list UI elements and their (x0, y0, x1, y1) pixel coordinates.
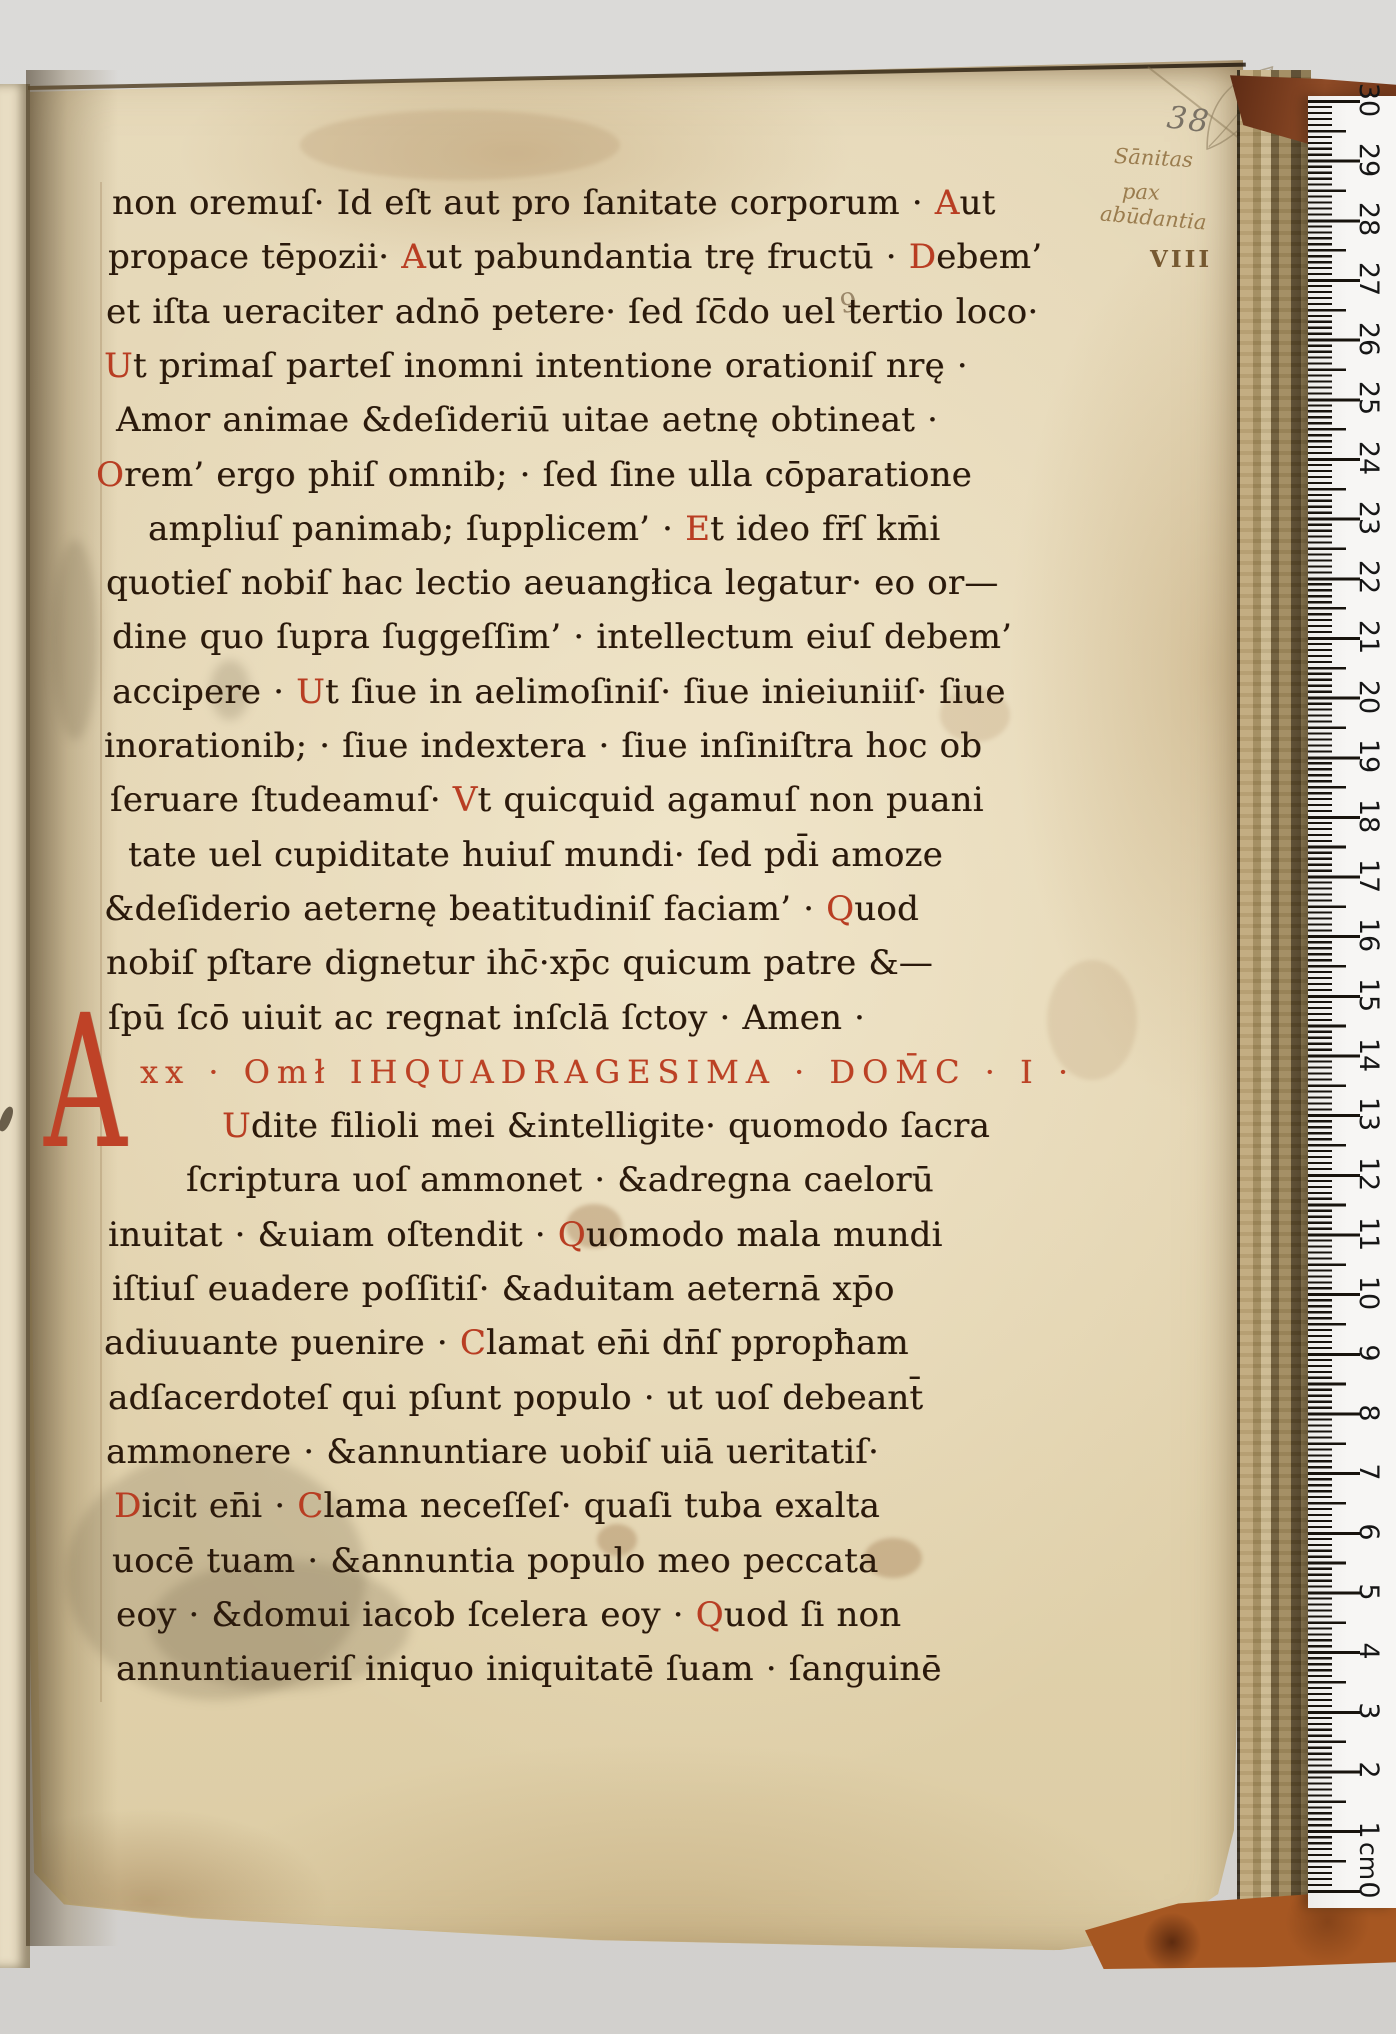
manuscript-line: accipere · Ut ſiue in aelimoſiniſ· ſiue … (112, 665, 1006, 719)
text-segment: adiuuante puenire · (104, 1323, 460, 1363)
ruler-number: 9 (1354, 1336, 1384, 1370)
ruler-number: 12 (1354, 1157, 1384, 1191)
folio-number: 38 (1165, 99, 1213, 140)
text-segment: uomodo mala mundi (586, 1215, 943, 1255)
ruler-number: 11 (1354, 1217, 1384, 1251)
ruler-number: 4 (1354, 1634, 1384, 1668)
ruler-number: 23 (1354, 501, 1384, 535)
text-segment: D (114, 1486, 141, 1526)
text-segment: Amor animae &deſideriū uitae aetnę obtin… (116, 400, 938, 440)
text-segment: ſeruare ſtudeamuſ· (110, 780, 453, 820)
text-segment: ut pabundantia trę fructū · (426, 237, 909, 277)
text-segment: uocē tuam · &annuntia populo meo peccata (112, 1541, 878, 1581)
text-segment: A (401, 237, 426, 277)
manuscript-line: inorationib; · ſiue indextera · ſiue inſ… (104, 719, 982, 773)
ruler-number: 20 (1354, 680, 1384, 714)
text-segment: adſacerdoteſ qui pſunt populo · ut uoſ d… (108, 1378, 923, 1418)
ruler-number: 10 (1354, 1276, 1384, 1310)
manuscript-line: ſcriptura uoſ ammonet · &adregna caelorū (186, 1153, 934, 1207)
text-segment: t ſiue in aelimoſiniſ· ſiue inieiuniiſ· … (325, 672, 1006, 712)
manuscript-line: ſeruare ſtudeamuſ· Vt quicquid agamuſ no… (110, 773, 984, 827)
manuscript-line: ſpū ſcō uiuit ac regnat inſclā ſctoy · A… (108, 991, 865, 1045)
manuscript-line: inuitat · &uiam oſtendit · Quomodo mala … (108, 1208, 943, 1262)
ruler-number: 14 (1354, 1038, 1384, 1072)
measuring-ruler: cm 3029282726252423222120191817161514131… (1308, 96, 1396, 1908)
text-segment: annuntiaueriſ iniquo iniquitatē ſuam · ſ… (116, 1649, 942, 1689)
manuscript-line: Udite filioli mei &intelligite· quomodo … (222, 1099, 990, 1153)
ruler-number: 28 (1354, 202, 1384, 236)
text-segment: O (96, 455, 124, 495)
photo-of-manuscript: 9 A non oremuſ· Id eſt aut pro ſanitate … (0, 0, 1396, 2034)
text-segment: inuitat · &uiam oſtendit · (108, 1215, 558, 1255)
manuscript-line: uocē tuam · &annuntia populo meo peccata (112, 1534, 878, 1588)
text-segment: dine quo ſupra ſuggeſſim’ · intellectum … (112, 617, 1012, 657)
text-segment: Q (826, 889, 854, 929)
manuscript-line: Dicit en̄i · Clama neceſſeſ· quaſi tuba … (114, 1479, 880, 1533)
text-segment: ebem’ (936, 237, 1042, 277)
manuscript-line: Amor animae &deſideriū uitae aetnę obtin… (116, 393, 938, 447)
ruler-number: 25 (1354, 381, 1384, 415)
ruler-number: 15 (1354, 978, 1384, 1012)
text-segment: A (935, 183, 960, 223)
manuscript-line: propace tēpozii· Aut pabundantia trę fru… (108, 230, 1042, 284)
ruler-number: 19 (1354, 739, 1384, 773)
ruler-number: 24 (1354, 441, 1384, 475)
ruler-ticks-cm (1308, 100, 1360, 1894)
text-segment: ampliuſ panimab; ſupplicem’ · (148, 509, 685, 549)
text-segment: eoy · &domui iacob ſcelera eoy · (116, 1595, 696, 1635)
text-segment: C (460, 1323, 486, 1363)
text-segment: t quicquid agamuſ non puani (478, 780, 984, 820)
text-segment: non oremuſ· Id eſt aut pro ſanitate corp… (112, 183, 935, 223)
manuscript-line: ammonere · &annuntiare uobiſ uiā ueritat… (106, 1425, 879, 1479)
text-segment: inorationib; · ſiue indextera · ſiue inſ… (104, 726, 982, 766)
manuscript-line: Orem’ ergo phiſ omnib; · ſed ſine ulla c… (96, 448, 972, 502)
marginal-note: VIII (1150, 246, 1212, 273)
ruler-number: 7 (1354, 1455, 1384, 1489)
text-segment: dite filioli mei &intelligite· quomodo ſ… (251, 1106, 990, 1146)
ruler-number: 2 (1354, 1753, 1384, 1787)
text-segment: Q (558, 1215, 586, 1255)
text-segment: iſtiuſ euadere poſſitiſ· &aduitam aetern… (112, 1269, 895, 1309)
text-segment: ammonere · &annuntiare uobiſ uiā ueritat… (106, 1432, 879, 1472)
ruler-number: 5 (1354, 1575, 1384, 1609)
manuscript-line: annuntiaueriſ iniquo iniquitatē ſuam · ſ… (116, 1642, 942, 1696)
text-segment: t ideo fr̄ſ km̄i (710, 509, 940, 549)
manuscript-line: adiuuante puenire · Clamat en̄i dn̄ſ ppr… (104, 1316, 909, 1370)
text-segment: propace tēpozii· (108, 237, 401, 277)
text-segment: t primaſ parteſ inomni intentione oratio… (133, 346, 968, 386)
manuscript-line: dine quo ſupra ſuggeſſim’ · intellectum … (112, 610, 1012, 664)
ruler-number: 6 (1354, 1515, 1384, 1549)
manuscript-line: &deſiderio aeternę beatitudiniſ faciam’ … (104, 882, 919, 936)
text-segment: ut (960, 183, 996, 223)
text-segment: lama neceſſeſ· quaſi tuba exalta (323, 1486, 880, 1526)
text-segment: ſpū ſcō uiuit ac regnat inſclā ſctoy · A… (108, 998, 865, 1038)
text-segment: U (296, 672, 325, 712)
ruler-number: 30 (1354, 83, 1384, 117)
ruler-number: 26 (1354, 322, 1384, 356)
ruler-number: 17 (1354, 859, 1384, 893)
ruler-number: 22 (1354, 560, 1384, 594)
manuscript-line: nobiſ pſtare dignetur ihc̄·xp̄c quicum p… (106, 936, 933, 990)
text-segment: accipere · (112, 672, 296, 712)
text-segment: V (453, 780, 478, 820)
rubric-line: xx · Omł IHQUADRAGESIMA · DOM̄C · I · (140, 1045, 1075, 1099)
ruler-number: 21 (1354, 620, 1384, 654)
text-block: A non oremuſ· Id eſt aut pro ſanitate co… (0, 0, 1396, 2034)
text-segment: et iſta ueraciter adnō petere· ſed ſc̄do… (106, 292, 1038, 332)
text-segment: C (297, 1486, 323, 1526)
text-segment: U (104, 346, 133, 386)
manuscript-line: ampliuſ panimab; ſupplicem’ · Et ideo fr… (148, 502, 940, 556)
text-segment: uod (854, 889, 919, 929)
text-segment: xx · Omł IHQUADRAGESIMA · DOM̄C · I · (140, 1053, 1075, 1091)
text-segment: D (909, 237, 936, 277)
marginal-note: Sānitas (1113, 144, 1193, 172)
ruler-number: 1 (1354, 1813, 1384, 1847)
text-segment: Q (696, 1595, 724, 1635)
ruler-number: 18 (1354, 799, 1384, 833)
text-segment: uod ſi non (724, 1595, 901, 1635)
ruler-number: 16 (1354, 918, 1384, 952)
ruler-number: 3 (1354, 1694, 1384, 1728)
ruler-number: 13 (1354, 1097, 1384, 1131)
text-segment: U (222, 1106, 251, 1146)
text-segment: ſcriptura uoſ ammonet · &adregna caelorū (186, 1160, 934, 1200)
ruler-number: 8 (1354, 1396, 1384, 1430)
ruler-number: 0 (1354, 1873, 1384, 1907)
ruler-number: 27 (1354, 262, 1384, 296)
text-segment: nobiſ pſtare dignetur ihc̄·xp̄c quicum p… (106, 943, 933, 983)
text-segment: rem’ ergo phiſ omnib; · ſed ſine ulla cō… (124, 455, 972, 495)
ruler-number: 29 (1354, 143, 1384, 177)
manuscript-line: tate uel cupiditate huiuſ mundi· ſed pd̄… (128, 828, 943, 882)
manuscript-line: adſacerdoteſ qui pſunt populo · ut uoſ d… (108, 1371, 923, 1425)
text-segment: lamat en̄i dn̄ſ ppropħam (486, 1323, 909, 1363)
text-segment: icit en̄i · (141, 1486, 297, 1526)
text-segment: E (685, 509, 710, 549)
manuscript-line: quotieſ nobiſ hac lectio aeuangłica lega… (106, 556, 998, 610)
red-initial-A: A (44, 996, 126, 1171)
text-segment: quotieſ nobiſ hac lectio aeuangłica lega… (106, 563, 998, 603)
manuscript-line: eoy · &domui iacob ſcelera eoy · Quod ſi… (116, 1588, 901, 1642)
manuscript-line: iſtiuſ euadere poſſitiſ· &aduitam aetern… (112, 1262, 895, 1316)
manuscript-line: non oremuſ· Id eſt aut pro ſanitate corp… (112, 176, 995, 230)
marginal-note: pax (1122, 179, 1161, 204)
manuscript-line: et iſta ueraciter adnō petere· ſed ſc̄do… (106, 285, 1038, 339)
manuscript-line: Ut primaſ parteſ inomni intentione orati… (104, 339, 968, 393)
text-segment: &deſiderio aeternę beatitudiniſ faciam’ … (104, 889, 826, 929)
text-segment: tate uel cupiditate huiuſ mundi· ſed pd̄… (128, 835, 943, 875)
